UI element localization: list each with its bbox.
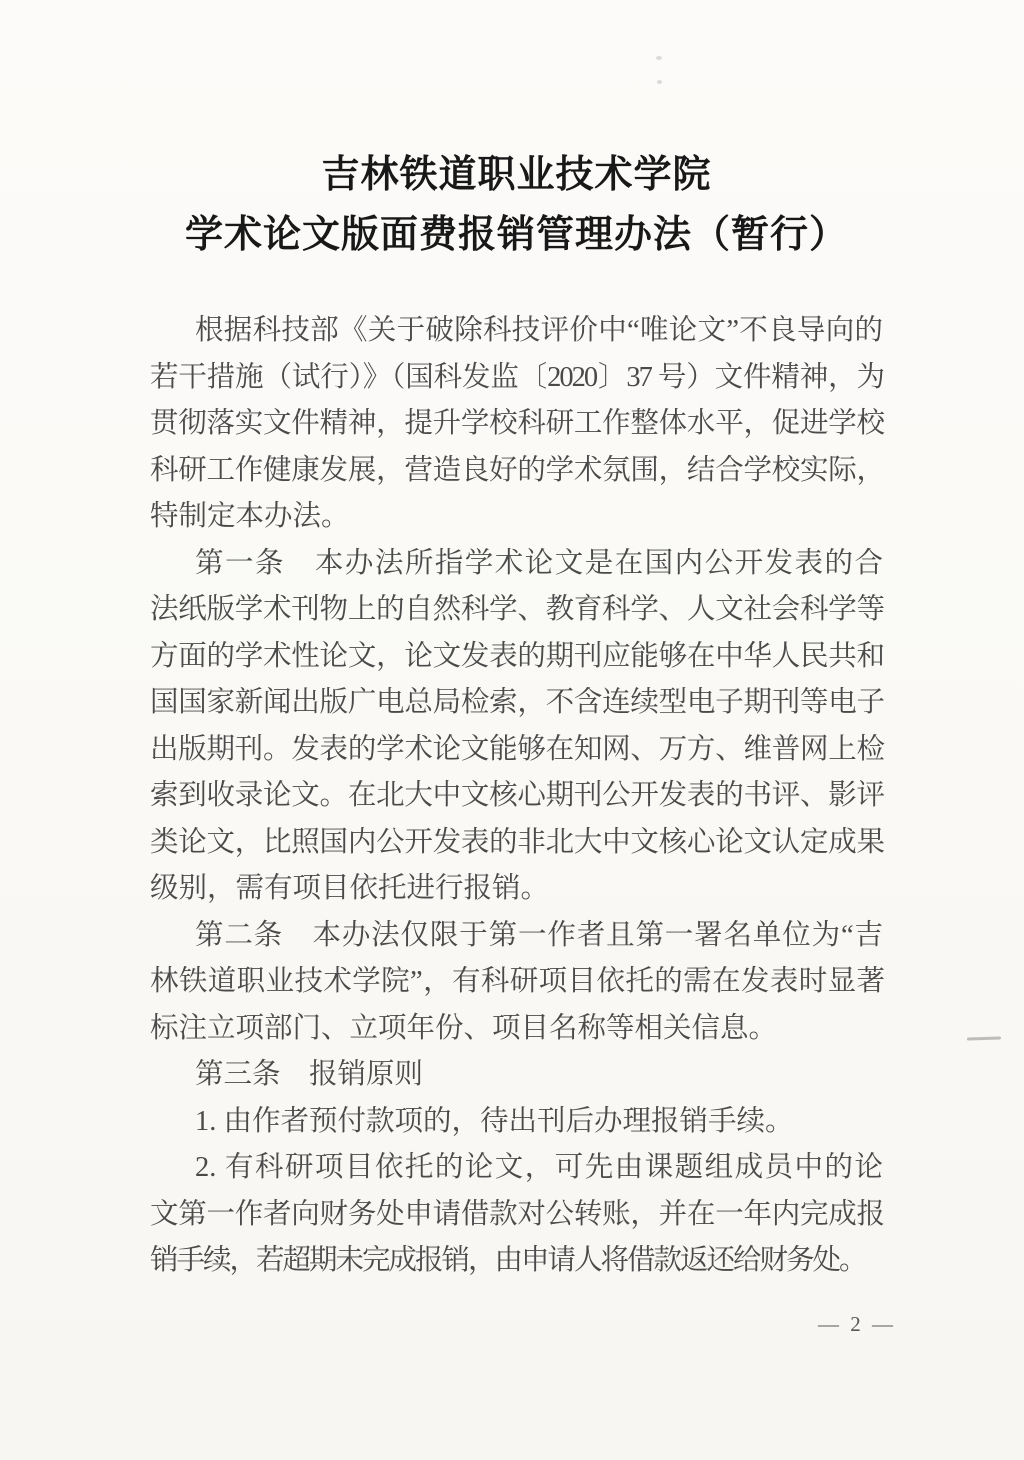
text-line: 标注立项部门、立项年份、项目名称等相关信息。 [150,1006,883,1053]
text-line: 第二条 本办法仅限于第一作者且第一署名单位为“吉 [150,913,883,960]
scan-speck [657,80,662,84]
text-line: 1. 由作者预付款项的，待出刊后办理报销手续。 [150,1099,883,1146]
document-title: 吉林铁道职业技术学院 学术论文版面费报销管理办法（暂行） [150,145,883,265]
text-line: 林铁道职业技术学院”，有科研项目依托的需在发表时显著 [150,959,883,1006]
document-body: 根据科技部《关于破除科技评价中“唯论文”不良导向的若干措施（试行）》（国科发监〔… [150,308,883,1285]
text-line: 若干措施（试行）》（国科发监〔2020〕37 号）文件精神，为 [150,355,883,402]
text-line: 国国家新闻出版广电总局检索，不含连续型电子期刊等电子 [150,680,883,727]
document-page: 吉林铁道职业技术学院 学术论文版面费报销管理办法（暂行） 根据科技部《关于破除科… [0,0,1024,1460]
page-number: — 2 — [818,1310,896,1338]
scan-artifact-dash [967,1036,1001,1040]
text-line: 2. 有科研项目依托的论文，可先由课题组成员中的论 [150,1145,883,1192]
text-line: 第一条 本办法所指学术论文是在国内公开发表的合 [150,541,883,588]
text-line: 第三条 报销原则 [150,1052,883,1099]
document-title-line-2: 学术论文版面费报销管理办法（暂行） [150,205,883,265]
text-line: 索到收录论文。在北大中文核心期刊公开发表的书评、影评 [150,773,883,820]
text-line: 科研工作健康发展，营造良好的学术氛围，结合学校实际， [150,448,883,495]
text-line: 销手续，若超期未完成报销，由申请人将借款返还给财务处。 [150,1238,883,1285]
text-line: 贯彻落实文件精神，提升学校科研工作整体水平，促进学校 [150,401,883,448]
text-line: 方面的学术性论文，论文发表的期刊应能够在中华人民共和 [150,634,883,681]
document-title-line-1: 吉林铁道职业技术学院 [150,145,883,205]
text-line: 法纸版学术刊物上的自然科学、教育科学、人文社会科学等 [150,587,883,634]
text-line: 根据科技部《关于破除科技评价中“唯论文”不良导向的 [150,308,883,355]
text-line: 文第一作者向财务处申请借款对公转账，并在一年内完成报 [150,1192,883,1239]
text-line: 特制定本办法。 [150,494,883,541]
scan-speck [656,56,662,60]
text-line: 类论文，比照国内公开发表的非北大中文核心论文认定成果 [150,820,883,867]
text-line: 级别，需有项目依托进行报销。 [150,866,883,913]
text-line: 出版期刊。发表的学术论文能够在知网、万方、维普网上检 [150,727,883,774]
